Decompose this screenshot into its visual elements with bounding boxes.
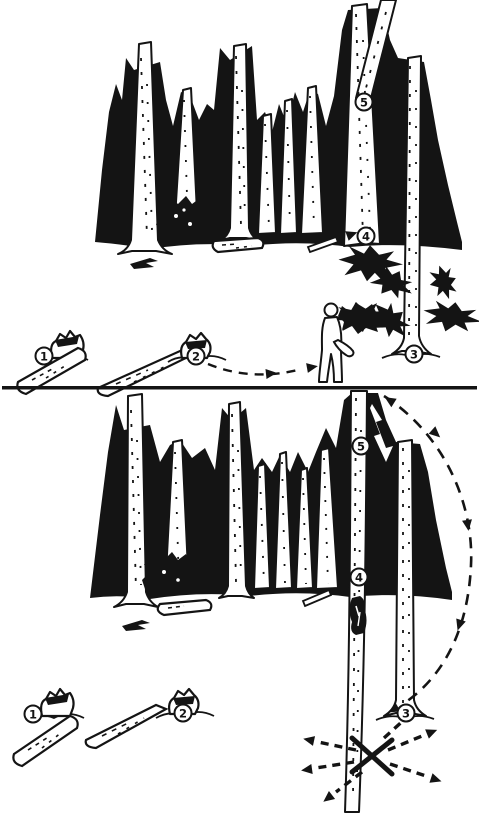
felled-log [13,716,77,766]
stump-1-group [17,331,88,394]
slash-pile [419,299,479,336]
long-log [86,705,166,748]
marker-5-top: 5 [356,94,373,111]
marker-label: 1 [40,350,48,364]
marker-1-bottom: 1 [25,706,42,723]
marker-2-bottom: 2 [175,705,192,722]
stump-1-group [13,689,84,766]
marker-2-top: 2 [188,348,205,365]
panel-divider [2,386,477,390]
twig [122,620,150,631]
marker-3-bottom: 3 [398,705,415,722]
twig [130,258,158,269]
bark-scar [350,596,367,635]
figure-page: 1 2 3 4 5 [0,0,479,814]
marker-label: 4 [355,571,363,585]
marker-label: 5 [360,96,368,110]
ground-log [213,238,264,252]
marker-label: 1 [29,708,37,722]
impact-burst [300,718,443,806]
marker-label: 3 [402,707,410,721]
walk-path [208,361,319,379]
marker-label: 3 [410,348,418,362]
marker-3-top: 3 [406,346,423,363]
person-head [325,304,338,317]
illustration: 1 2 3 4 5 [0,0,479,814]
marker-4-bottom: 4 [351,569,368,586]
marker-label: 2 [192,350,200,364]
top-panel: 1 2 3 4 5 [17,0,479,396]
slash-pile [424,262,463,303]
marker-1-top: 1 [36,348,53,365]
bottom-panel: 1 2 3 4 5 [13,391,473,812]
marker-4-top: 4 [358,228,375,245]
marker-label: 4 [362,230,370,244]
ground-log [158,600,212,615]
marker-5-bottom: 5 [353,438,370,455]
person [319,302,386,382]
marker-label: 2 [179,707,187,721]
marker-label: 5 [357,440,365,454]
